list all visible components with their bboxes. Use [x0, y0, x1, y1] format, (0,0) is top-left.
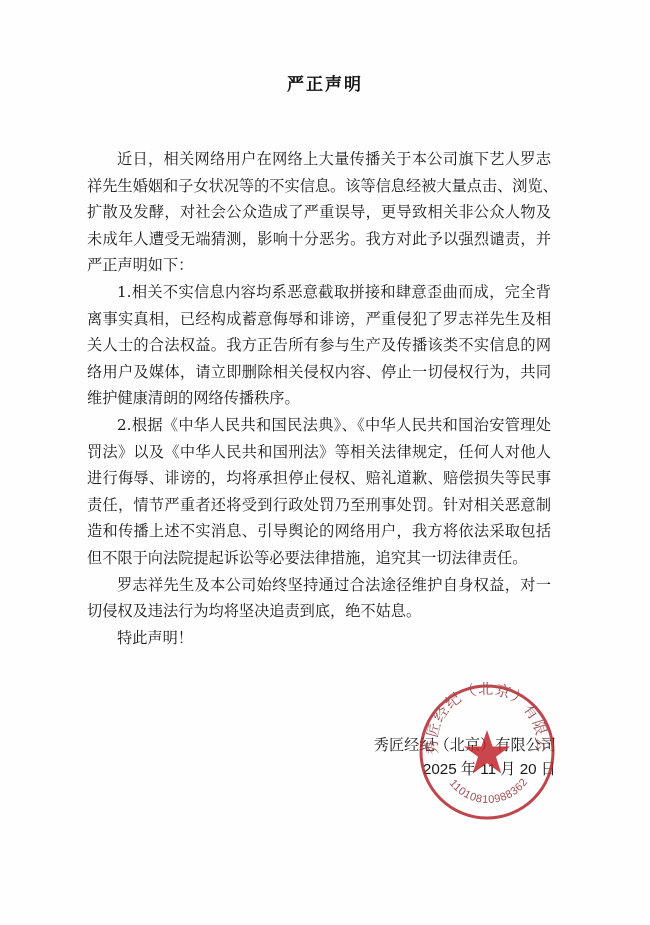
statement-line: 近日，相关网络用户在网络上大量传播关于本公司旗下艺人罗志 [87, 146, 551, 173]
statement-line: 扩散及发酵，对社会公众造成了严重误导，更导致相关非公众人物及 [87, 199, 551, 226]
statement-line: 严正声明如下： [87, 252, 551, 279]
document-title: 严正声明 [0, 70, 650, 95]
statement-line: 特此声明！ [87, 625, 551, 652]
statement-line: 罗志祥先生及本公司始终坚持通过合法途径维护自身权益，对一 [87, 572, 551, 599]
statement-line: 罚法》以及《中华人民共和国刑法》等相关法律规定，任何人对他人 [87, 439, 551, 466]
statement-line: 关人士的合法权益。我方正告所有参与生产及传播该类不实信息的网 [87, 332, 551, 359]
signature-company: 秀匠经纪（北京）有限公司 [356, 733, 556, 757]
statement-line: 切侵权及违法行为均将坚决追责到底，绝不姑息。 [87, 598, 551, 625]
statement-line: 维护健康清朗的网络传播秩序。 [87, 385, 551, 412]
statement-line: 祥先生婚姻和子女状况等的不实信息。该等信息经被大量点击、浏览、 [87, 173, 551, 200]
statement-line: 2.根据《中华人民共和国民法典》、《中华人民共和国治安管理处 [87, 412, 551, 439]
statement-line: 责任，情节严重者还将受到行政处罚乃至刑事处罚。针对相关恶意制 [87, 492, 551, 519]
statement-line: 1.相关不实信息内容均系恶意截取拼接和肆意歪曲而成，完全背 [87, 279, 551, 306]
statement-body: 近日，相关网络用户在网络上大量传播关于本公司旗下艺人罗志祥先生婚姻和子女状况等的… [87, 146, 551, 651]
statement-line: 但不限于向法院提起诉讼等必要法律措施，追究其一切法律责任。 [87, 545, 551, 572]
signature-date: 2025 年 11 月 20 日 [356, 757, 556, 783]
statement-line: 络用户及媒体，请立即删除相关侵权内容、停止一切侵权行为，共同 [87, 359, 551, 386]
statement-line: 造和传播上述不实消息、引导舆论的网络用户，我方将依法采取包括 [87, 518, 551, 545]
statement-line: 进行侮辱、诽谤的，均将承担停止侵权、赔礼道歉、赔偿损失等民事 [87, 465, 551, 492]
document-page: 严正声明 近日，相关网络用户在网络上大量传播关于本公司旗下艺人罗志祥先生婚姻和子… [0, 0, 650, 925]
statement-line: 离事实真相，已经构成蓄意侮辱和诽谤，严重侵犯了罗志祥先生及相 [87, 306, 551, 333]
statement-line: 未成年人遭受无端猜测，影响十分恶劣。我方对此予以强烈谴责，并 [87, 226, 551, 253]
signature-block: 秀匠经纪（北京）有限公司 2025 年 11 月 20 日 [356, 733, 556, 783]
